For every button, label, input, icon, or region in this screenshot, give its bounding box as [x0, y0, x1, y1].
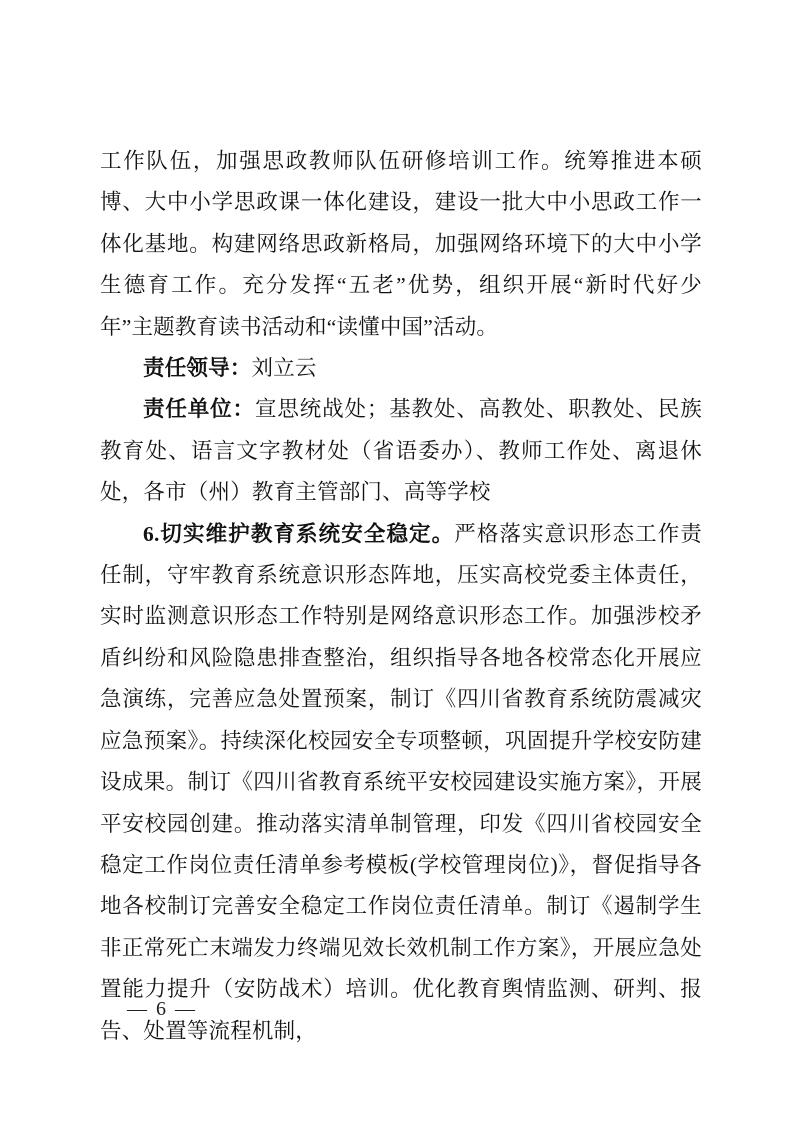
document-page: 工作队伍，加强思政教师队伍研修培训工作。统筹推进本硕博、大中小学思政课一体化建设… — [0, 0, 793, 1122]
responsible-leader-label: 责任领导： — [143, 356, 252, 380]
item-6-body: 严格落实意识形态工作责任制，守牢教育系统意识形态阵地，压实高校党委主体责任，实时… — [100, 522, 702, 1043]
page-number: — 6 — — [127, 995, 195, 1023]
item-6-heading: 6.切实维护教育系统安全稳定。 — [143, 522, 454, 546]
paragraph-responsible-unit: 责任单位：宣思统战处；基教处、高教处、职教处、民族教育处、语言文字教材处（省语委… — [100, 389, 702, 513]
document-body: 工作队伍，加强思政教师队伍研修培训工作。统筹推进本硕博、大中小学思政课一体化建设… — [100, 141, 702, 1052]
responsible-leader-value: 刘立云 — [252, 356, 317, 380]
paragraph-responsible-leader: 责任领导：刘立云 — [100, 348, 702, 389]
responsible-unit-label: 责任单位： — [143, 397, 255, 421]
paragraph-continuation: 工作队伍，加强思政教师队伍研修培训工作。统筹推进本硕博、大中小学思政课一体化建设… — [100, 141, 702, 348]
paragraph-item-6: 6.切实维护教育系统安全稳定。严格落实意识形态工作责任制，守牢教育系统意识形态阵… — [100, 514, 702, 1052]
